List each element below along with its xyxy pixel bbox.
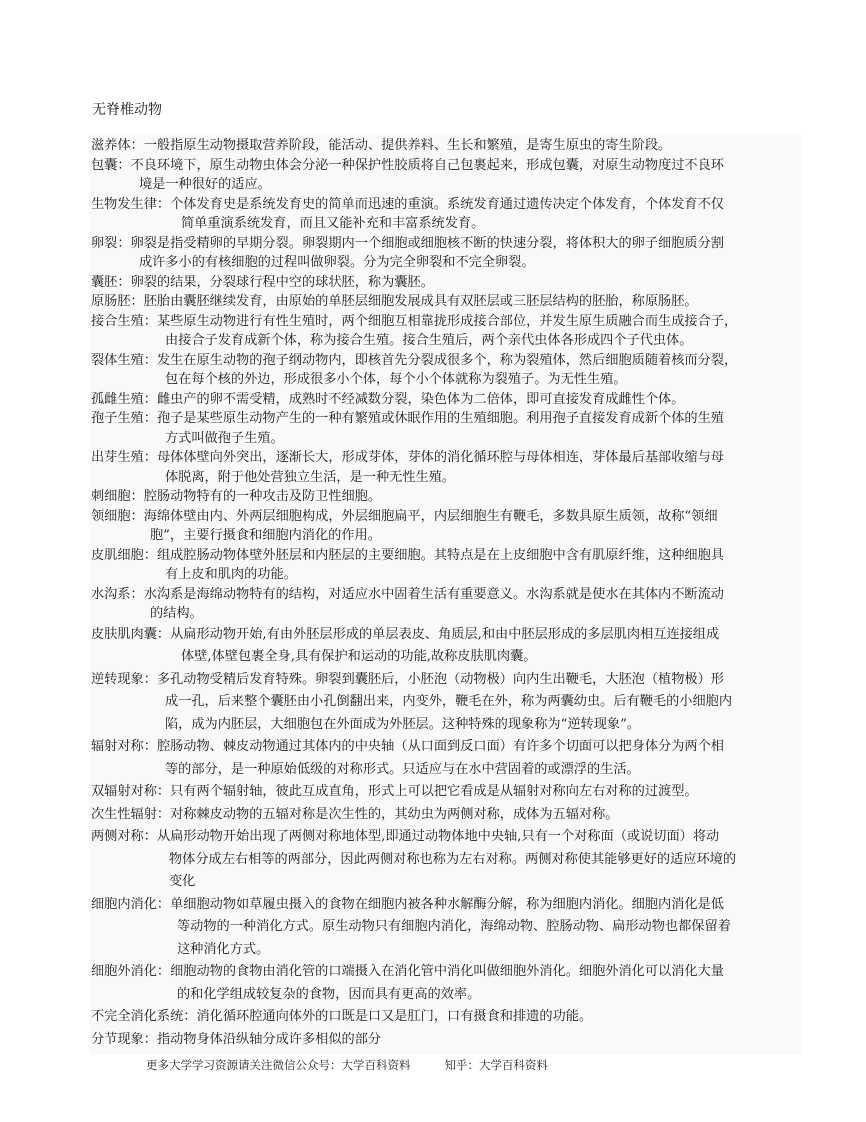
- entry-continuation-line: 等动物的一种消化方式。原生动物只有细胞内消化，海绵动物、腔肠动物、扁形动物也都保…: [91, 916, 801, 939]
- entry-definition: 多孔动物受精后发育特殊。卵裂到囊胚后，小胚泡（动物极）向内生出鞭毛，大胚泡（植物…: [157, 672, 724, 687]
- entry-continuation-line: 有上皮和肌肉的功能。: [91, 565, 801, 585]
- entry-first-line: 原肠胚：胚胎由囊胚继续发育，由原始的单胚层细胞发展成具有双胚层或三胚层结构的胚胎…: [91, 292, 801, 312]
- entry-first-line: 裂体生殖：发生在原生动物的孢子纲动物内，即核首先分裂成很多个，称为裂殖体，然后细…: [91, 351, 801, 371]
- entry-definition: 对称棘皮动物的五辐对称是次生性的，其幼虫为两侧对称，成体为五辐对称。: [170, 807, 618, 822]
- entry-term: 原肠胚：: [91, 294, 144, 309]
- entry-term: 囊胚：: [91, 275, 131, 290]
- entry-continuation-line: 的结构。: [91, 604, 801, 624]
- entry-continuation-line: 胞”，主要行摄食和细胞内消化的作用。: [91, 526, 801, 546]
- glossary-entry: 细胞外消化：细胞动物的食物由消化管的口端摄入在消化管中消化叫做细胞外消化。细胞外…: [89, 961, 801, 1006]
- entry-first-line: 细胞外消化：细胞动物的食物由消化管的口端摄入在消化管中消化叫做细胞外消化。细胞外…: [91, 961, 801, 984]
- entry-definition: 个体发育史是系统发育史的简单而迅速的重演。系统发育通过遗传决定个体发育，个体发育…: [170, 197, 724, 212]
- entry-term: 细胞外消化：: [91, 964, 170, 979]
- entry-term: 孢子生殖：: [91, 411, 157, 426]
- glossary-entry: 不完全消化系统：消化循环腔通向体外的口既是口又是肛门，口有摄食和排遗的功能。: [89, 1006, 801, 1029]
- glossary-entry: 滋养体：一般指原生动物摄取营养阶段，能活动、提供养料、生长和繁殖，是寄生原虫的寄…: [89, 136, 801, 156]
- entry-continuation-line: 方式叫做孢子生殖。: [91, 429, 801, 449]
- entry-term: 两侧对称：: [91, 829, 157, 844]
- entry-term: 分节现象：: [91, 1032, 157, 1047]
- entry-definition: 胚胎由囊胚继续发育，由原始的单胚层细胞发展成具有双胚层或三胚层结构的胚胎，称原肠…: [144, 294, 698, 309]
- entry-continuation-line: 变化: [91, 871, 801, 894]
- entry-definition: 从扁形动物开始出现了两侧对称地体型,即通过动物体地中央轴,只有一个对称面（或说切…: [157, 829, 719, 844]
- entry-definition: 卵裂的结果，分裂球行程中空的球状胚，称为囊胚。: [131, 275, 434, 290]
- glossary-entry: 两侧对称：从扁形动物开始出现了两侧对称地体型,即通过动物体地中央轴,只有一个对称…: [89, 826, 801, 894]
- entry-definition: 母体体壁向外突出，逐渐长大，形成芽体，芽体的消化循环腔与母体相连，芽体最后基部收…: [157, 450, 724, 465]
- entry-first-line: 刺细胞：腔肠动物特有的一种攻击及防卫性细胞。: [91, 487, 801, 507]
- glossary-entry: 囊胚：卵裂的结果，分裂球行程中空的球状胚，称为囊胚。: [89, 273, 801, 293]
- entry-continuation-line: 这种消化方式。: [91, 939, 801, 962]
- entry-first-line: 皮肌细胞：组成腔肠动物体壁外胚层和内胚层的主要细胞。其特点是在上皮细胞中含有肌原…: [91, 546, 801, 566]
- glossary-content: 滋养体：一般指原生动物摄取营养阶段，能活动、提供养料、生长和繁殖，是寄生原虫的寄…: [89, 134, 801, 1055]
- entry-definition: 一般指原生动物摄取营养阶段，能活动、提供养料、生长和繁殖，是寄生原虫的寄生阶段。: [144, 138, 672, 153]
- entry-definition: 单细胞动物如草履虫摄入的食物在细胞内被各种水解酶分解，称为细胞内消化。细胞内消化…: [170, 897, 724, 912]
- entry-definition: 消化循环腔通向体外的口既是口又是肛门，口有摄食和排遗的功能。: [197, 1009, 593, 1024]
- entry-term: 次生性辐射：: [91, 807, 170, 822]
- entry-definition: 孢子是某些原生动物产生的一种有繁殖或休眠作用的生殖细胞。利用孢子直接发育成新个体…: [157, 411, 724, 426]
- entry-continuation-line: 成一孔，后来整个囊胚由小孔倒翻出来，内变外，鞭毛在外，称为两囊幼虫。后有鞭毛的小…: [91, 691, 801, 714]
- page-title: 无脊椎动物: [92, 101, 162, 119]
- entry-first-line: 逆转现象：多孔动物受精后发育特殊。卵裂到囊胚后，小胚泡（动物极）向内生出鞭毛，大…: [91, 669, 801, 692]
- entry-continuation-line: 物体分成左右相等的两部分，因此两侧对称也称为左右对称。两侧对称使其能够更好的适应…: [91, 849, 801, 872]
- entry-term: 刺细胞：: [91, 489, 144, 504]
- entry-term: 卵裂：: [91, 236, 131, 251]
- entry-continuation-line: 境是一种很好的适应。: [91, 175, 801, 195]
- entry-first-line: 生物发生律：个体发育史是系统发育史的简单而迅速的重演。系统发育通过遗传决定个体发…: [91, 195, 801, 215]
- page-footer: 更多大学学习资源请关注微信公众号：大学百科资料知乎：大学百科资料: [146, 1057, 548, 1073]
- entry-continuation-line: 体壁,体壁包裹全身,具有保护和运动的功能,故称皮肤肌肉囊。: [91, 646, 801, 669]
- entry-first-line: 卵裂：卵裂是指受精卵的早期分裂。卵裂期内一个细胞或细胞核不断的快速分裂，将体积大…: [91, 234, 801, 254]
- glossary-entry: 接合生殖：某些原生动物进行有性生殖时，两个细胞互相靠拢形成接合部位，并发生原生质…: [89, 312, 801, 351]
- entry-term: 水沟系：: [91, 587, 144, 602]
- glossary-entry: 辐射对称：腔肠动物、棘皮动物通过其体内的中央轴（从口面到反口面）有许多个切面可以…: [89, 736, 801, 781]
- glossary-entry: 分节现象：指动物身体沿纵轴分成许多相似的部分: [89, 1029, 801, 1052]
- entry-first-line: 出芽生殖：母体体壁向外突出，逐渐长大，形成芽体，芽体的消化循环腔与母体相连，芽体…: [91, 448, 801, 468]
- entry-term: 滋养体：: [91, 138, 144, 153]
- entry-first-line: 孤雌生殖：雌虫产的卵不需受精，成熟时不经减数分裂，染色体为二倍体，即可直接发育成…: [91, 390, 801, 410]
- glossary-entry: 次生性辐射：对称棘皮动物的五辐对称是次生性的，其幼虫为两侧对称，成体为五辐对称。: [89, 804, 801, 827]
- glossary-entry: 裂体生殖：发生在原生动物的孢子纲动物内，即核首先分裂成很多个，称为裂殖体，然后细…: [89, 351, 801, 390]
- entry-term: 双辐射对称：: [91, 784, 170, 799]
- glossary-entry: 原肠胚：胚胎由囊胚继续发育，由原始的单胚层细胞发展成具有双胚层或三胚层结构的胚胎…: [89, 292, 801, 312]
- entry-first-line: 孢子生殖：孢子是某些原生动物产生的一种有繁殖或休眠作用的生殖细胞。利用孢子直接发…: [91, 409, 801, 429]
- entry-term: 辐射对称：: [91, 739, 157, 754]
- entry-definition: 某些原生动物进行有性生殖时，两个细胞互相靠拢形成接合部位，并发生原生质融合而生成…: [157, 314, 737, 329]
- glossary-entry: 双辐射对称：只有两个辐射轴，彼此互成直角，形式上可以把它看成是从辐射对称向左右对…: [89, 781, 801, 804]
- glossary-entry: 刺细胞：腔肠动物特有的一种攻击及防卫性细胞。: [89, 487, 801, 507]
- entry-first-line: 细胞内消化：单细胞动物如草履虫摄入的食物在细胞内被各种水解酶分解，称为细胞内消化…: [91, 894, 801, 917]
- entry-term: 皮肌细胞：: [91, 548, 157, 563]
- entry-term: 生物发生律：: [91, 197, 170, 212]
- entry-first-line: 包囊：不良环境下，原生动物虫体会分泌一种保护性胶质将自己包裹起来，形成包囊，对原…: [91, 156, 801, 176]
- entry-term: 皮肤肌肉囊：: [91, 627, 170, 642]
- entry-continuation-line: 等的部分，是一种原始低级的对称形式。只适应与在水中营固着的或漂浮的生活。: [91, 759, 801, 782]
- entry-definition: 细胞动物的食物由消化管的口端摄入在消化管中消化叫做细胞外消化。细胞外消化可以消化…: [170, 964, 724, 979]
- entry-definition: 水沟系是海绵动物特有的结构，对适应水中固着生活有重要意义。水沟系就是使水在其体内…: [144, 587, 724, 602]
- entry-term: 领细胞：: [91, 509, 144, 524]
- entry-first-line: 滋养体：一般指原生动物摄取营养阶段，能活动、提供养料、生长和繁殖，是寄生原虫的寄…: [91, 136, 801, 156]
- entry-term: 细胞内消化：: [91, 897, 170, 912]
- entry-first-line: 不完全消化系统：消化循环腔通向体外的口既是口又是肛门，口有摄食和排遗的功能。: [91, 1006, 801, 1029]
- entry-continuation-line: 的和化学组成较复杂的食物，因而具有更高的效率。: [91, 984, 801, 1007]
- entry-definition: 海绵体壁由内、外两层细胞构成，外层细胞扁平，内层细胞生有鞭毛，多数具原生质领，故…: [144, 509, 718, 524]
- entry-first-line: 分节现象：指动物身体沿纵轴分成许多相似的部分: [91, 1029, 801, 1052]
- entry-continuation-line: 体脱离，附于他处营独立生活，是一种无性生殖。: [91, 468, 801, 488]
- entry-definition: 指动物身体沿纵轴分成许多相似的部分: [157, 1032, 381, 1047]
- glossary-entry: 出芽生殖：母体体壁向外突出，逐渐长大，形成芽体，芽体的消化循环腔与母体相连，芽体…: [89, 448, 801, 487]
- glossary-entry: 水沟系：水沟系是海绵动物特有的结构，对适应水中固着生活有重要意义。水沟系就是使水…: [89, 585, 801, 624]
- entry-continuation-line: 包在每个核的外边，形成很多小个体，每个小个体就称为裂殖子。为无性生殖。: [91, 370, 801, 390]
- glossary-entry: 生物发生律：个体发育史是系统发育史的简单而迅速的重演。系统发育通过遗传决定个体发…: [89, 195, 801, 234]
- entry-definition: 发生在原生动物的孢子纲动物内，即核首先分裂成很多个，称为裂殖体，然后细胞质随着核…: [157, 353, 737, 368]
- glossary-entry: 孢子生殖：孢子是某些原生动物产生的一种有繁殖或休眠作用的生殖细胞。利用孢子直接发…: [89, 409, 801, 448]
- entry-continuation-line: 成许多小的有核细胞的过程叫做卵裂。分为完全卵裂和不完全卵裂。: [91, 253, 801, 273]
- entry-term: 孤雌生殖：: [91, 392, 157, 407]
- entry-first-line: 次生性辐射：对称棘皮动物的五辐对称是次生性的，其幼虫为两侧对称，成体为五辐对称。: [91, 804, 801, 827]
- entry-term: 裂体生殖：: [91, 353, 157, 368]
- entry-definition: 不良环境下，原生动物虫体会分泌一种保护性胶质将自己包裹起来，形成包囊，对原生动物…: [131, 158, 724, 173]
- entry-definition: 组成腔肠动物体壁外胚层和内胚层的主要细胞。其特点是在上皮细胞中含有肌原纤维，这种…: [157, 548, 724, 563]
- entry-term: 不完全消化系统：: [91, 1009, 197, 1024]
- footer-wechat-text: 更多大学学习资源请关注微信公众号：大学百科资料: [146, 1058, 411, 1072]
- glossary-entry: 皮肤肌肉囊：从扁形动物开始,有由外胚层形成的单层表皮、角质层,和由中胚层形成的多…: [89, 624, 801, 669]
- entry-first-line: 水沟系：水沟系是海绵动物特有的结构，对适应水中固着生活有重要意义。水沟系就是使水…: [91, 585, 801, 605]
- entry-term: 出芽生殖：: [91, 450, 157, 465]
- entry-first-line: 领细胞：海绵体壁由内、外两层细胞构成，外层细胞扁平，内层细胞生有鞭毛，多数具原生…: [91, 507, 801, 527]
- glossary-entry: 逆转现象：多孔动物受精后发育特殊。卵裂到囊胚后，小胚泡（动物极）向内生出鞭毛，大…: [89, 669, 801, 737]
- entry-definition: 卵裂是指受精卵的早期分裂。卵裂期内一个细胞或细胞核不断的快速分裂，将体积大的卵子…: [131, 236, 724, 251]
- entry-definition: 腔肠动物、棘皮动物通过其体内的中央轴（从口面到反口面）有许多个切面可以把身体分为…: [157, 739, 724, 754]
- glossary-entry: 卵裂：卵裂是指受精卵的早期分裂。卵裂期内一个细胞或细胞核不断的快速分裂，将体积大…: [89, 234, 801, 273]
- entry-continuation-line: 由接合子发育成新个体，称为接合生殖。接合生殖后，两个亲代虫体各形成四个子代虫体。: [91, 331, 801, 351]
- glossary-entry: 皮肌细胞：组成腔肠动物体壁外胚层和内胚层的主要细胞。其特点是在上皮细胞中含有肌原…: [89, 546, 801, 585]
- entry-definition: 腔肠动物特有的一种攻击及防卫性细胞。: [144, 489, 381, 504]
- entry-continuation-line: 简单重演系统发育，而且又能补充和丰富系统发育。: [91, 214, 801, 234]
- glossary-entry: 包囊：不良环境下，原生动物虫体会分泌一种保护性胶质将自己包裹起来，形成包囊，对原…: [89, 156, 801, 195]
- entry-first-line: 接合生殖：某些原生动物进行有性生殖时，两个细胞互相靠拢形成接合部位，并发生原生质…: [91, 312, 801, 332]
- entry-term: 逆转现象：: [91, 672, 157, 687]
- entry-definition: 只有两个辐射轴，彼此互成直角，形式上可以把它看成是从辐射对称向左右对称的过渡型。: [170, 784, 698, 799]
- entry-term: 接合生殖：: [91, 314, 157, 329]
- glossary-entry: 细胞内消化：单细胞动物如草履虫摄入的食物在细胞内被各种水解酶分解，称为细胞内消化…: [89, 894, 801, 962]
- footer-zhihu-text: 知乎：大学百科资料: [445, 1058, 549, 1072]
- entry-continuation-line: 陷，成为内胚层，大细胞包在外面成为外胚层。这种特殊的现象称为“逆转现象”。: [91, 714, 801, 737]
- entry-first-line: 双辐射对称：只有两个辐射轴，彼此互成直角，形式上可以把它看成是从辐射对称向左右对…: [91, 781, 801, 804]
- glossary-entry: 孤雌生殖：雌虫产的卵不需受精，成熟时不经减数分裂，染色体为二倍体，即可直接发育成…: [89, 390, 801, 410]
- entry-first-line: 皮肤肌肉囊：从扁形动物开始,有由外胚层形成的单层表皮、角质层,和由中胚层形成的多…: [91, 624, 801, 647]
- entry-first-line: 辐射对称：腔肠动物、棘皮动物通过其体内的中央轴（从口面到反口面）有许多个切面可以…: [91, 736, 801, 759]
- entry-definition: 从扁形动物开始,有由外胚层形成的单层表皮、角质层,和由中胚层形成的多层肌肉相互连…: [170, 627, 719, 642]
- entry-definition: 雌虫产的卵不需受精，成熟时不经减数分裂，染色体为二倍体，即可直接发育成雌性个体。: [157, 392, 685, 407]
- entry-first-line: 两侧对称：从扁形动物开始出现了两侧对称地体型,即通过动物体地中央轴,只有一个对称…: [91, 826, 801, 849]
- entry-term: 包囊：: [91, 158, 131, 173]
- glossary-entry: 领细胞：海绵体壁由内、外两层细胞构成，外层细胞扁平，内层细胞生有鞭毛，多数具原生…: [89, 507, 801, 546]
- entry-first-line: 囊胚：卵裂的结果，分裂球行程中空的球状胚，称为囊胚。: [91, 273, 801, 293]
